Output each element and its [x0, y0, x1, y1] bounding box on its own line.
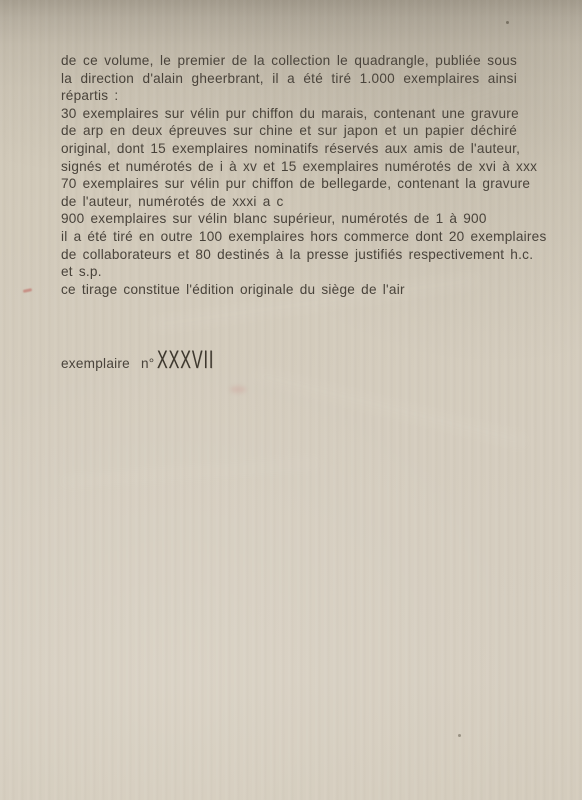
colophon-line: de l'auteur, numérotés de xxxi a c [61, 193, 517, 211]
colophon-line: original, dont 15 exemplaires nominatifs… [61, 140, 517, 158]
colophon-line: 30 exemplaires sur vélin pur chiffon du … [61, 105, 517, 123]
colophon-line: 70 exemplaires sur vélin pur chiffon de … [61, 175, 517, 193]
colophon-line: ce tirage constitue l'édition originale … [61, 281, 517, 299]
paper-speck-top [506, 21, 509, 24]
book-page: de ce volume, le premier de la collectio… [0, 0, 582, 800]
colophon-line: signés et numérotés de i à xv et 15 exem… [61, 158, 517, 176]
copy-number-stamp: XXXVII [157, 346, 214, 375]
paper-crease [253, 371, 526, 445]
colophon-line: de ce volume, le premier de la collectio… [61, 52, 517, 70]
limitation-label: exemplaire [61, 356, 130, 371]
red-pencil-mark [23, 288, 32, 293]
paper-crease [60, 461, 320, 484]
number-prefix-label: n° [141, 356, 155, 371]
pink-smudge [230, 386, 246, 393]
colophon-text: de ce volume, le premier de la collectio… [61, 52, 517, 298]
colophon-line: de arp en deux épreuves sur chine et sur… [61, 122, 517, 140]
colophon-line: il a été tiré en outre 100 exemplaires h… [61, 228, 517, 246]
colophon-line: répartis : [61, 87, 517, 105]
colophon-line: la direction d'alain gheerbrant, il a ét… [61, 70, 517, 88]
paper-speck-bottom [458, 734, 461, 737]
colophon-line: de collaborateurs et 80 destinés à la pr… [61, 246, 517, 264]
limitation-line: exemplaire n° XXXVII [61, 346, 246, 375]
colophon-line: et s.p. [61, 263, 517, 281]
colophon-line: 900 exemplaires sur vélin blanc supérieu… [61, 210, 517, 228]
